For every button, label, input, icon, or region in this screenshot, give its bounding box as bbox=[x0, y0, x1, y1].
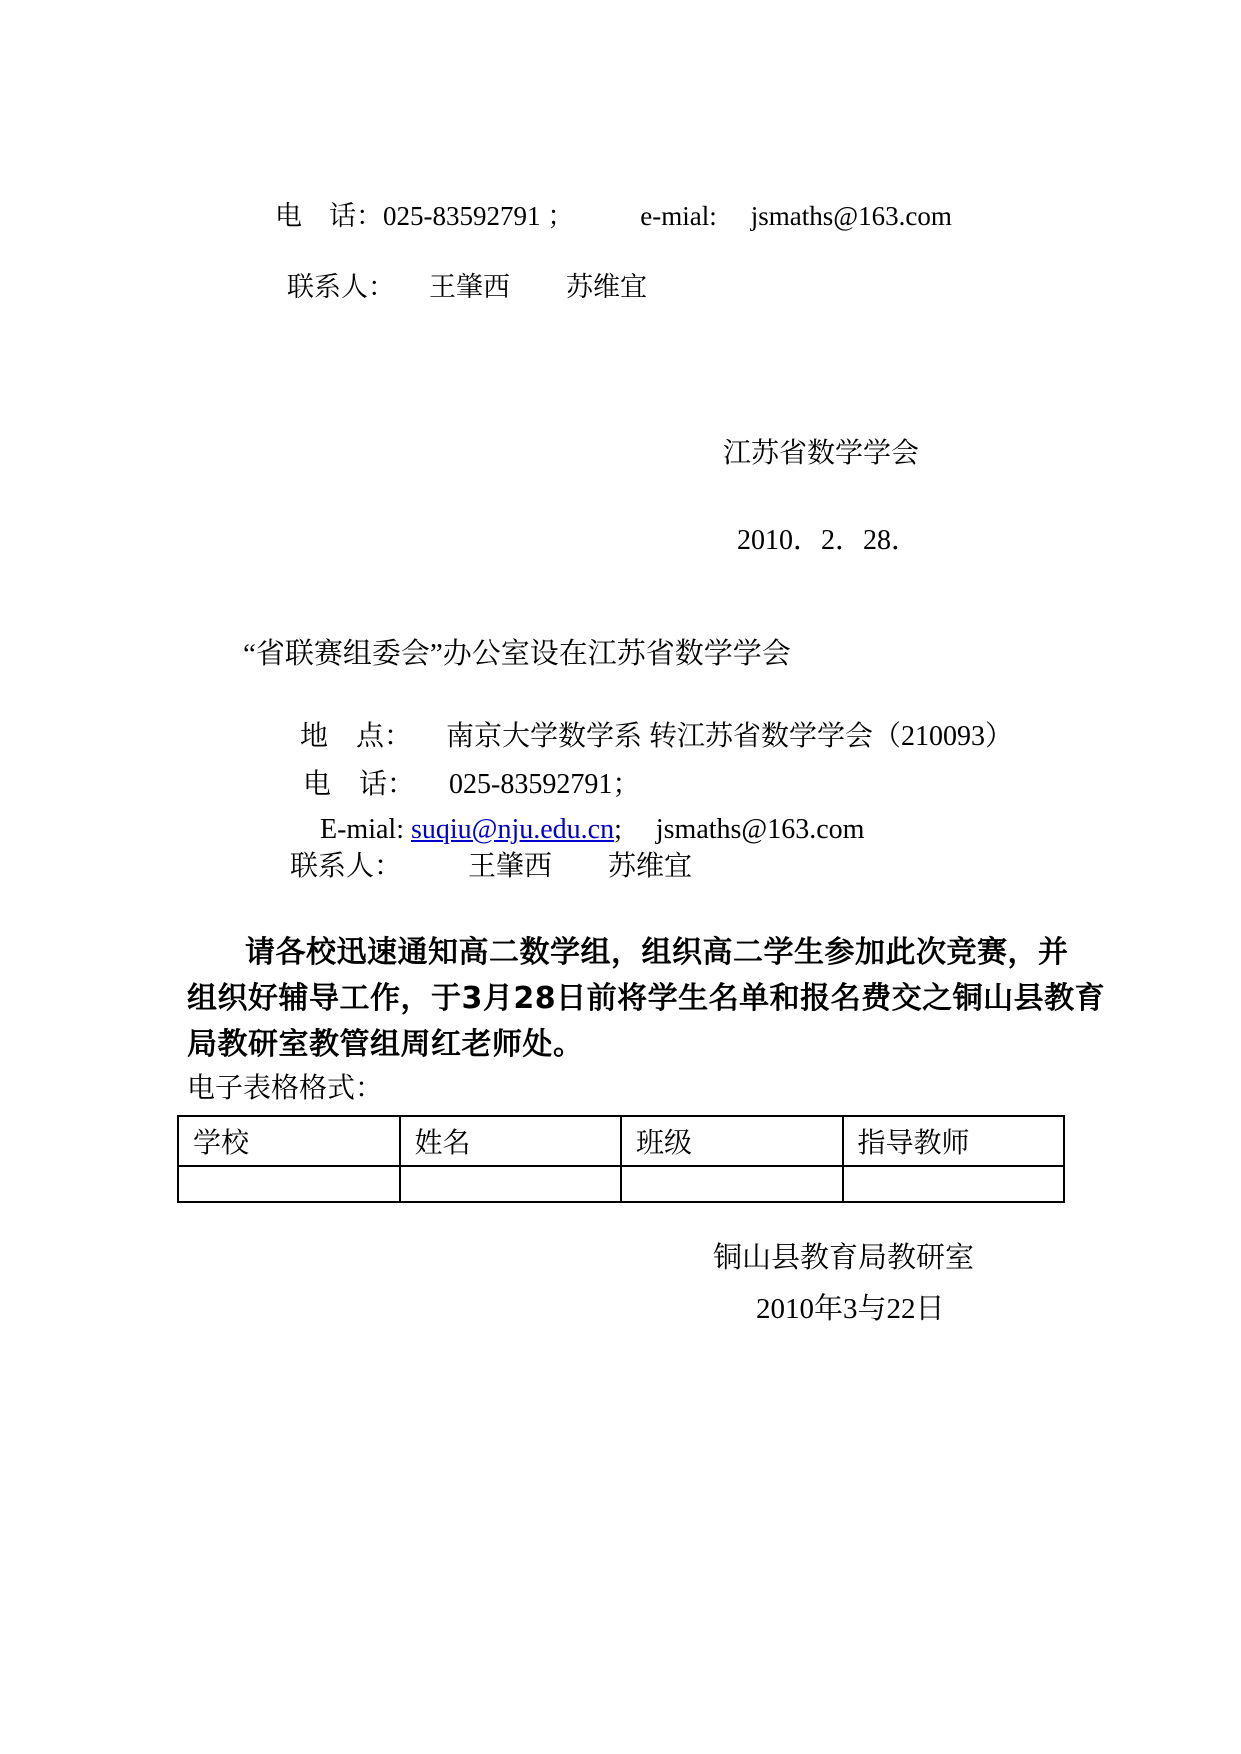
top-contact-name-2: 苏维宜 bbox=[566, 272, 647, 302]
document-page: 电 话：025-83592791 ；e-mial:jsmaths@163.com… bbox=[0, 0, 1241, 1754]
roster-header-row: 学校 姓名 班级 指导教师 bbox=[178, 1116, 1064, 1166]
roster-header-class: 班级 bbox=[621, 1116, 843, 1166]
table-caption: 电子表格格式： bbox=[187, 1073, 383, 1105]
notice-line-3: 局教研室教管组周红老师处。 bbox=[187, 1028, 584, 1063]
top-phone-number: 025-83592791 ； bbox=[383, 201, 574, 231]
society-signature-date: 2010．2．28． bbox=[737, 525, 919, 557]
top-contact-label: 联系人： bbox=[287, 272, 395, 302]
notice-line-1: 请各校迅速通知高二数学组，组织高二学生参加此次竞赛，并 bbox=[245, 936, 1069, 971]
bureau-signature-date: 2010年3与22日 bbox=[756, 1293, 945, 1326]
top-email-value: jsmaths@163.com bbox=[751, 201, 952, 231]
top-phone-label: 电 话： bbox=[275, 201, 383, 231]
notice-line-2: 组织好辅导工作，于3月28日前将学生名单和报名费交之铜山县教育 bbox=[187, 982, 1105, 1017]
roster-empty-row bbox=[178, 1166, 1064, 1202]
roster-cell-teacher bbox=[843, 1166, 1065, 1202]
office-contact-name-2: 苏维宜 bbox=[608, 851, 692, 882]
roster-cell-school bbox=[178, 1166, 400, 1202]
office-contact-name-1: 王肇西 bbox=[468, 851, 552, 882]
top-contact-name-1: 王肇西 bbox=[429, 272, 510, 302]
roster-header-name: 姓名 bbox=[400, 1116, 622, 1166]
top-contact-line: 联系人：王肇西苏维宜 bbox=[260, 241, 647, 334]
office-contact-label: 联系人： bbox=[290, 851, 402, 882]
roster-header-teacher: 指导教师 bbox=[843, 1116, 1065, 1166]
society-signature-org: 江苏省数学学会 bbox=[723, 438, 919, 470]
roster-table: 学校 姓名 班级 指导教师 bbox=[177, 1115, 1065, 1203]
roster-cell-class bbox=[621, 1166, 843, 1202]
roster-header-school: 学校 bbox=[178, 1116, 400, 1166]
top-email-label: e-mial: bbox=[640, 201, 716, 231]
roster-cell-name bbox=[400, 1166, 622, 1202]
office-heading: “省联赛组委会”办公室设在江苏省数学学会 bbox=[243, 638, 791, 671]
bureau-signature-org: 铜山县教育局教研室 bbox=[713, 1242, 974, 1275]
office-contact-line: 联系人：王肇西苏维宜 bbox=[262, 819, 692, 916]
